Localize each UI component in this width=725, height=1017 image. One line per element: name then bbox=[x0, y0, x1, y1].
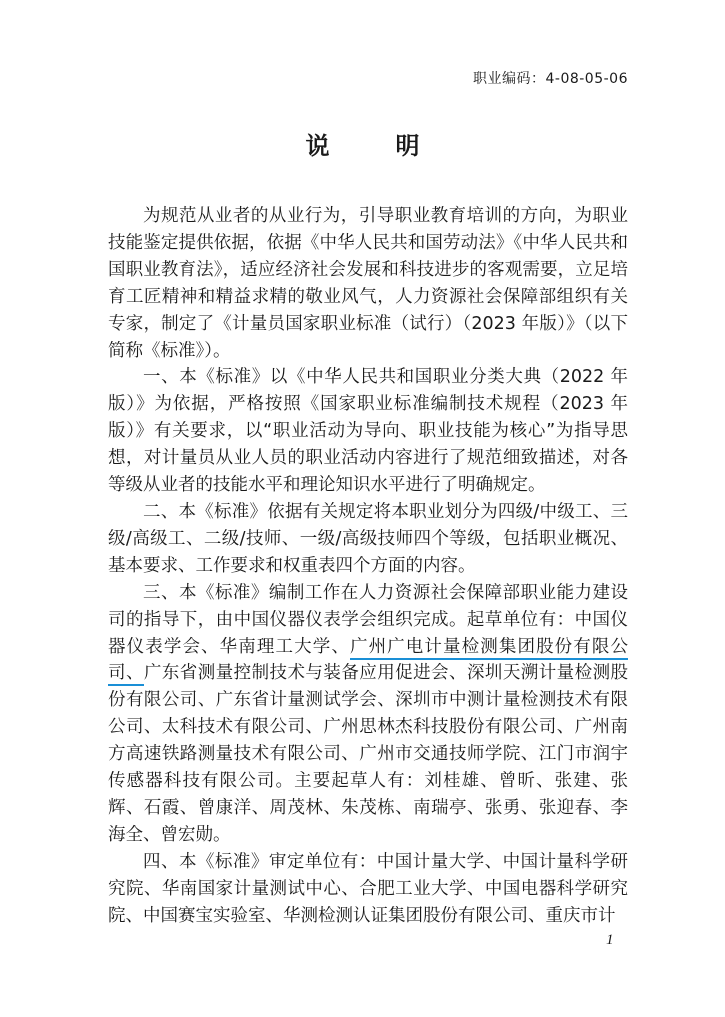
title-char-1: 说 bbox=[306, 132, 330, 160]
occupation-code-value: 4-08-05-06 bbox=[545, 71, 628, 87]
occupation-code: 职业编码：4-08-05-06 bbox=[473, 68, 628, 88]
paragraph-1: 一、本《标准》以《中华人民共和国职业分类大典（2022 年版）》为依据，严格按照… bbox=[108, 364, 628, 499]
page-number: 1 bbox=[606, 932, 614, 949]
document-body: 为规范从业者的从业行为，引导职业教育培训的方向，为职业技能鉴定提供依据，依据《中… bbox=[108, 203, 628, 929]
paragraph-3-after: 广东省测量控制技术与装备应用促进会、深圳天溯计量检测股份有限公司、广东省计量测试… bbox=[108, 663, 628, 844]
document-page: 职业编码：4-08-05-06 说明 为规范从业者的从业行为，引导职业教育培训的… bbox=[0, 0, 725, 1017]
title-char-2: 明 bbox=[396, 132, 420, 160]
occupation-code-label: 职业编码： bbox=[473, 71, 546, 87]
paragraph-3: 三、本《标准》编制工作在人力资源社会保障部职业能力建设司的指导下，由中国仪器仪表… bbox=[108, 580, 628, 849]
paragraph-intro: 为规范从业者的从业行为，引导职业教育培训的方向，为职业技能鉴定提供依据，依据《中… bbox=[108, 203, 628, 364]
paragraph-4: 四、本《标准》审定单位有：中国计量大学、中国计量科学研究院、华南国家计量测试中心… bbox=[108, 849, 628, 930]
page-title: 说明 bbox=[0, 126, 725, 161]
paragraph-2: 二、本《标准》依据有关规定将本职业划分为四级/中级工、三级/高级工、二级/技师、… bbox=[108, 499, 628, 580]
